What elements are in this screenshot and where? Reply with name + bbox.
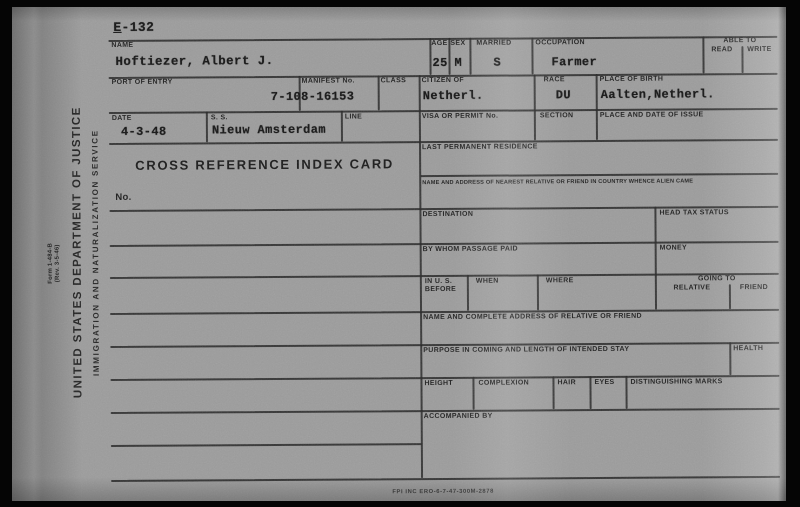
going-to-label: GOING TO: [655, 275, 779, 284]
height-label: HEIGHT: [424, 380, 453, 388]
relative-label: RELATIVE: [655, 284, 729, 292]
destination-label: DESTINATION: [422, 211, 473, 219]
date-label: DATE: [112, 115, 132, 123]
printer-code: FPI INC ERO-6-7-47-300M-2878: [313, 488, 573, 496]
sex-value: M: [454, 56, 462, 70]
ss-value: Nieuw Amsterdam: [212, 123, 326, 138]
issue-label: PLACE AND DATE OF ISSUE: [600, 111, 704, 120]
age-label: AGE: [431, 40, 447, 48]
friend-label: FRIEND: [729, 284, 779, 292]
occupation-label: OCCUPATION: [535, 39, 585, 47]
agency-name-text: UNITED STATES DEPARTMENT OF JUSTICE: [71, 102, 85, 402]
able-to-label: ABLE TO: [702, 37, 777, 45]
form-revision: (Rev. 3-5-46): [55, 244, 61, 282]
where-label: WHERE: [546, 277, 574, 285]
line-label: LINE: [345, 113, 362, 121]
card-title: CROSS REFERENCE INDEX CARD: [109, 156, 420, 173]
purpose-label: PURPOSE IN COMING AND LENGTH OF INTENDED…: [423, 346, 629, 355]
occupation-value: Farmer: [551, 55, 597, 69]
form-grid-lines: [12, 7, 784, 8]
name-label: NAME: [111, 42, 133, 50]
rule-line-h: [111, 443, 422, 447]
citizen-of-value: Netherl.: [423, 89, 484, 103]
class-label: CLASS: [381, 77, 407, 85]
place-of-birth-value: Aalten,Netherl.: [601, 87, 715, 102]
race-value: DU: [556, 88, 571, 102]
relative-address-label: NAME AND COMPLETE ADDRESS OF RELATIVE OR…: [423, 313, 642, 322]
hair-label: HAIR: [557, 379, 576, 387]
nearest-relative-label: NAME AND ADDRESS OF NEAREST RELATIVE OR …: [422, 177, 693, 187]
rule-line-v: [654, 207, 657, 310]
head-tax-label: HEAD TAX STATUS: [659, 209, 728, 217]
index-card: UNITED STATES DEPARTMENT OF JUSTICE IMMI…: [12, 7, 786, 501]
manifest-no-label: MANIFEST No.: [302, 78, 355, 86]
health-label: HEALTH: [733, 345, 763, 353]
age-value: 25: [432, 56, 447, 70]
rule-line-h: [111, 476, 780, 482]
read-label: READ: [702, 46, 741, 54]
in-us-before-label: IN U. S. BEFORE: [425, 278, 467, 294]
rule-line-v: [206, 111, 208, 142]
rule-line-v: [469, 38, 471, 75]
visa-label: VISA OR PERMIT No.: [422, 113, 498, 121]
complexion-label: COMPLEXION: [478, 379, 529, 387]
married-value: S: [493, 56, 501, 70]
citizen-of-label: CITIZEN OF: [422, 77, 464, 85]
when-label: WHEN: [476, 278, 499, 286]
write-label: WRITE: [741, 46, 777, 54]
form-number: Form 1-484-B: [48, 243, 54, 284]
card-content: UNITED STATES DEPARTMENT OF JUSTICE IMMI…: [12, 7, 786, 501]
accompanied-by-label: ACCOMPANIED BY: [424, 413, 493, 421]
rule-line-v: [729, 342, 731, 375]
eyes-label: EYES: [594, 379, 614, 387]
rule-line-v: [589, 376, 591, 409]
rule-line-v: [472, 377, 474, 410]
port-of-entry-label: PORT OF ENTRY: [112, 79, 173, 87]
rule-line-v: [625, 376, 627, 409]
manifest-no-value: 7-108-16153: [271, 90, 355, 105]
section-label: SECTION: [540, 112, 574, 120]
rule-line-v: [378, 75, 380, 110]
form-number-text: Form 1-484-B (Rev. 3-5-46): [47, 223, 61, 303]
rule-line-v: [531, 37, 533, 74]
place-of-birth-label: PLACE OF BIRTH: [600, 76, 664, 84]
sex-label: SEX: [450, 40, 465, 48]
married-label: MARRIED: [476, 40, 511, 48]
rule-line-h: [420, 173, 778, 177]
passage-paid-label: BY WHOM PASSAGE PAID: [423, 246, 518, 255]
money-label: MONEY: [660, 244, 687, 252]
rule-line-v: [596, 74, 598, 140]
race-label: RACE: [544, 76, 565, 84]
scanned-index-card-photo: UNITED STATES DEPARTMENT OF JUSTICE IMMI…: [0, 0, 800, 507]
agency-service-text: IMMIGRATION AND NATURALIZATION SERVICE: [90, 123, 101, 383]
rule-line-v: [537, 274, 539, 310]
name-value: Hoftiezer, Albert J.: [115, 54, 273, 69]
date-value: 4-3-48: [121, 125, 167, 139]
no-label: No.: [115, 192, 131, 203]
rule-line-v: [467, 275, 469, 311]
rule-line-v: [552, 376, 554, 409]
last-residence-label: LAST PERMANENT RESIDENCE: [422, 143, 538, 152]
reference-number: E-132: [113, 20, 154, 35]
rule-line-v: [534, 74, 536, 140]
marks-label: DISTINGUISHING MARKS: [630, 378, 722, 387]
ss-label: S. S.: [211, 114, 228, 122]
rule-line-v: [341, 111, 343, 142]
